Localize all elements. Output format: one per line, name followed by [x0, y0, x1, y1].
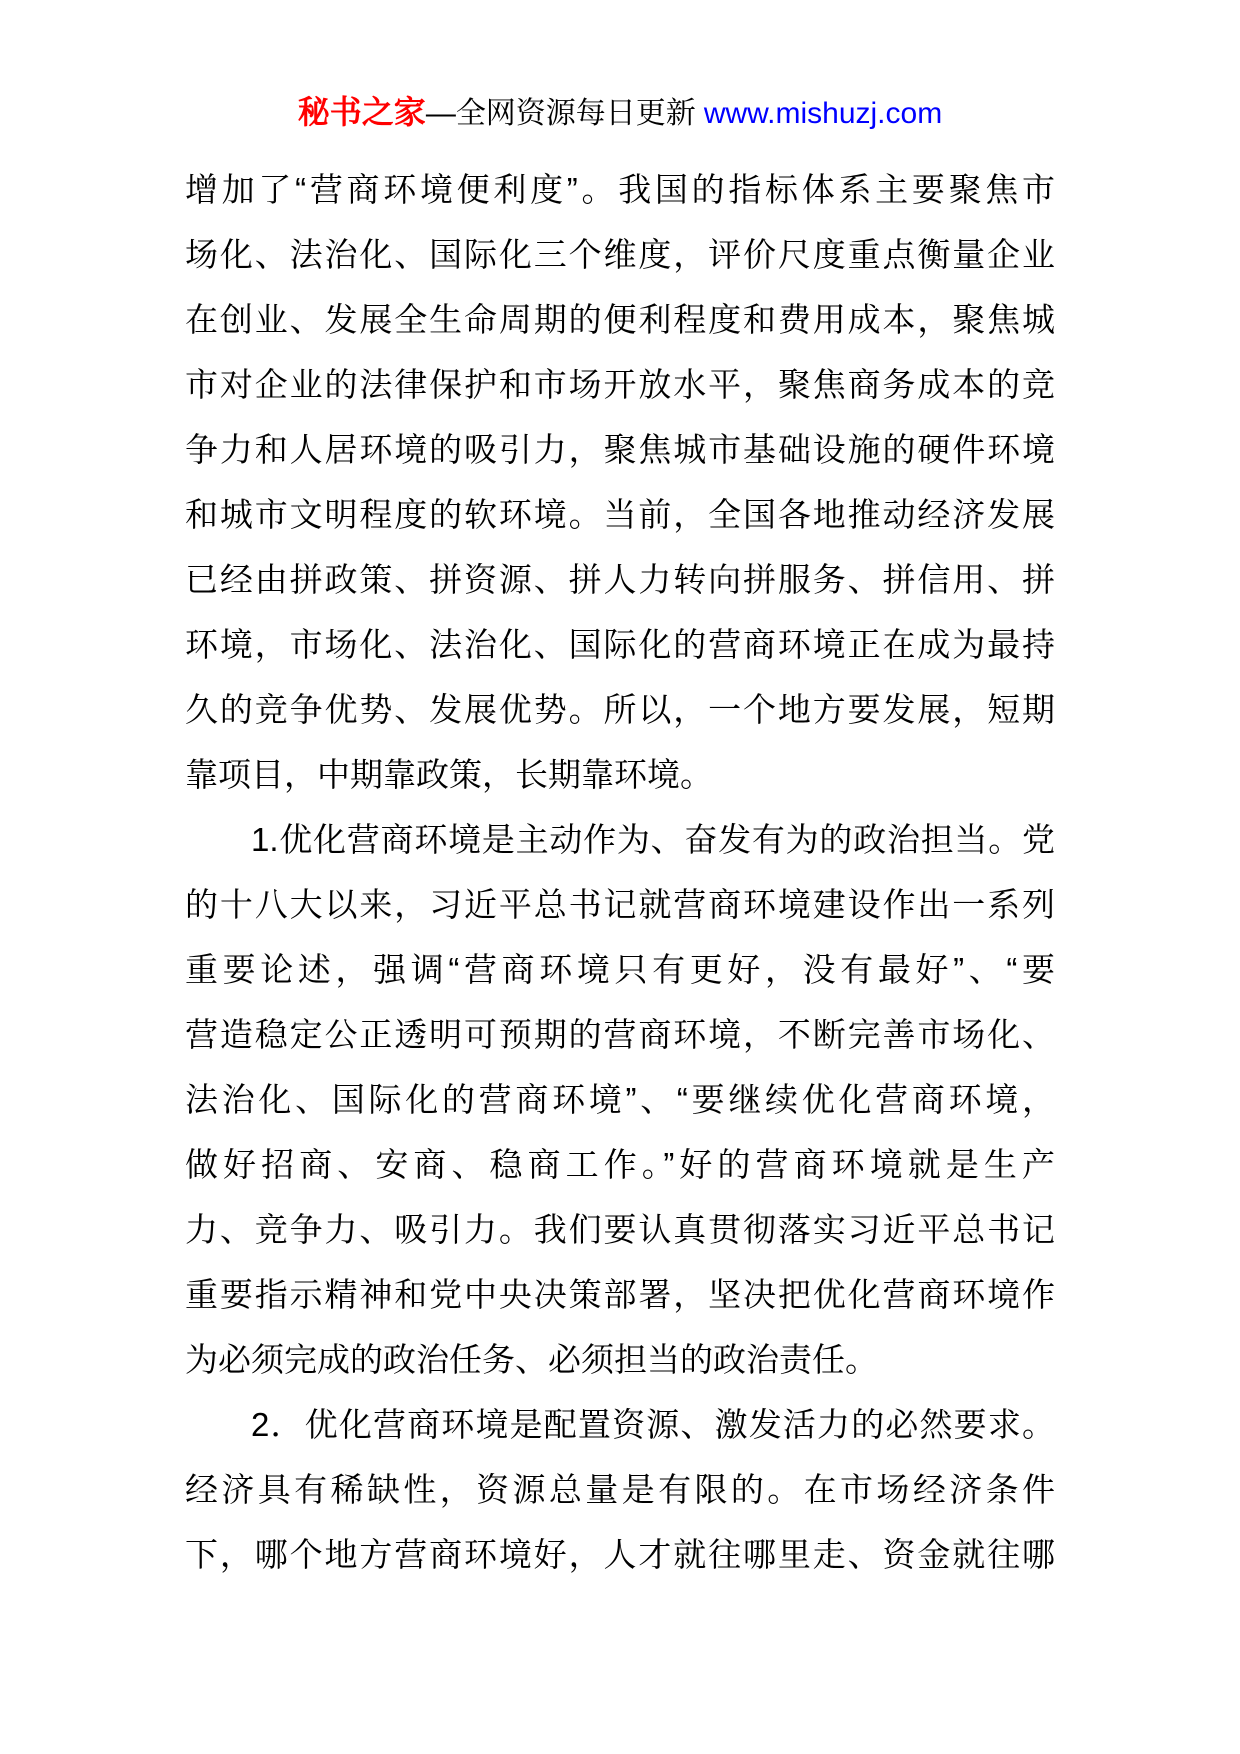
text-line: 重要论述，强调“营商环境只有更好，没有最好”、“要: [185, 937, 1055, 1002]
text-line: 力、竞争力、吸引力。我们要认真贯彻落实习近平总书记: [185, 1197, 1055, 1262]
page-header: 秘书之家—全网资源每日更新www.mishuzj.com: [0, 90, 1240, 136]
site-name: 秘书之家: [298, 94, 426, 130]
text-line: 的十八大以来，习近平总书记就营商环境建设作出一系列: [185, 872, 1055, 937]
text-line: 营造稳定公正透明可预期的营商环境，不断完善市场化、: [185, 1002, 1055, 1067]
text-line: 为必须完成的政治任务、必须担当的政治责任。: [185, 1327, 1055, 1392]
text-line: 市对企业的法律保护和市场开放水平，聚焦商务成本的竞: [185, 352, 1055, 417]
text-line: 经济具有稀缺性，资源总量是有限的。在市场经济条件: [185, 1457, 1055, 1522]
text-line: 重要指示精神和党中央决策部署，坚决把优化营商环境作: [185, 1262, 1055, 1327]
text-line: 已经由拼政策、拼资源、拼人力转向拼服务、拼信用、拼: [185, 547, 1055, 612]
text-line: 1.优化营商环境是主动作为、奋发有为的政治担当。党: [185, 807, 1055, 872]
document-page: 秘书之家—全网资源每日更新www.mishuzj.com 增加了“营商环境便利度…: [0, 0, 1240, 1754]
text-line: 2．优化营商环境是配置资源、激发活力的必然要求。: [185, 1392, 1055, 1457]
text-line: 增加了“营商环境便利度”。我国的指标体系主要聚焦市: [185, 157, 1055, 222]
site-url-link[interactable]: www.mishuzj.com: [704, 97, 942, 130]
text-line: 法治化、国际化的营商环境”、“要继续优化营商环境，: [185, 1067, 1055, 1132]
text-line: 争力和人居环境的吸引力，聚焦城市基础设施的硬件环境: [185, 417, 1055, 482]
text-line: 久的竞争优势、发展优势。所以，一个地方要发展，短期: [185, 677, 1055, 742]
text-line: 场化、法治化、国际化三个维度，评价尺度重点衡量企业: [185, 222, 1055, 287]
text-line: 在创业、发展全生命周期的便利程度和费用成本，聚焦城: [185, 287, 1055, 352]
text-line: 下，哪个地方营商环境好，人才就往哪里走、资金就往哪: [185, 1522, 1055, 1587]
document-body: 增加了“营商环境便利度”。我国的指标体系主要聚焦市场化、法治化、国际化三个维度，…: [185, 157, 1055, 1587]
text-line: 环境，市场化、法治化、国际化的营商环境正在成为最持: [185, 612, 1055, 677]
text-line: 和城市文明程度的软环境。当前，全国各地推动经济发展: [185, 482, 1055, 547]
text-line: 做好招商、安商、稳商工作。”好的营商环境就是生产: [185, 1132, 1055, 1197]
site-tagline: —全网资源每日更新: [426, 97, 696, 130]
text-line: 靠项目，中期靠政策，长期靠环境。: [185, 742, 1055, 807]
